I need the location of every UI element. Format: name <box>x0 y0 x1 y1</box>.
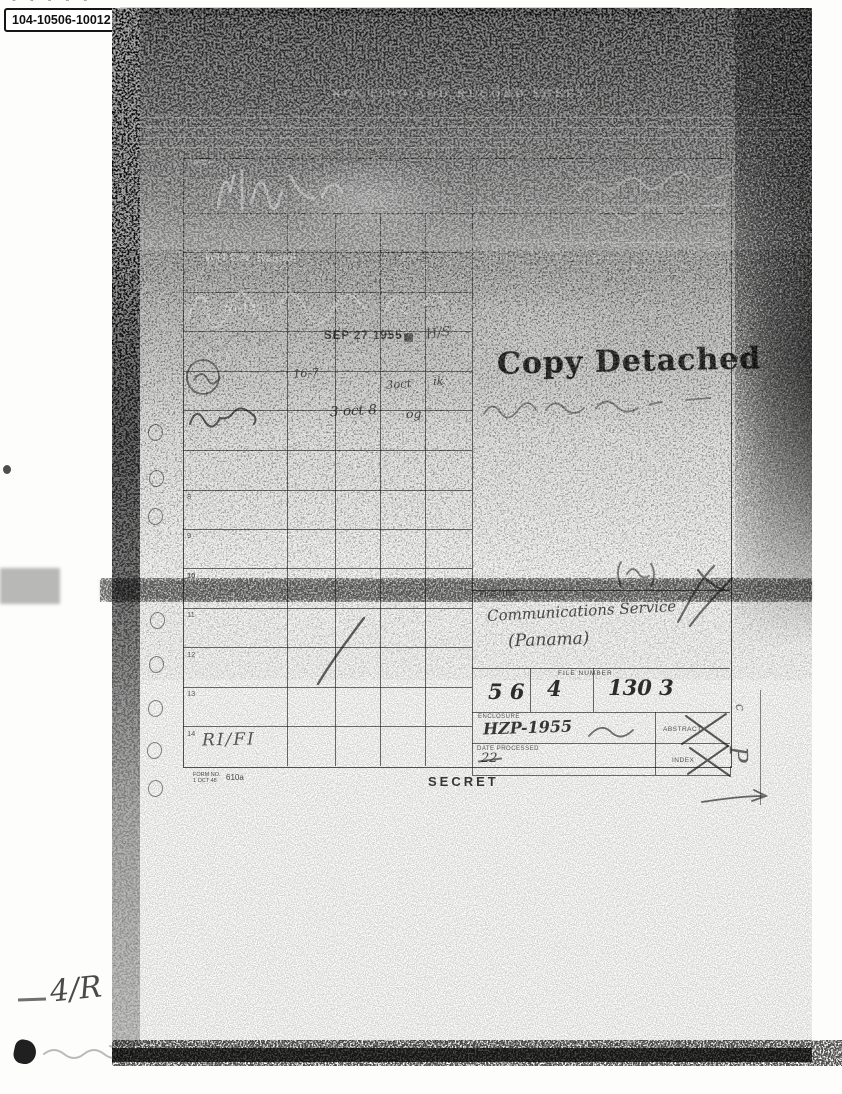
row3-note: 16-13 <box>222 300 257 316</box>
scan-binding-band <box>112 8 140 1046</box>
row6-signature-scrawl <box>186 398 258 432</box>
enclosure-value: HZP-1955 <box>483 716 573 738</box>
row5-date: 3oct <box>386 376 412 392</box>
row-number: 10 <box>187 571 195 580</box>
row-number: 14 <box>187 729 195 738</box>
row2-to-entry: WH C4F Ranum <box>204 250 297 265</box>
row5-note: 16-7 <box>293 365 320 380</box>
punch-ring <box>149 611 166 630</box>
file-number-label: FILE NUMBER <box>558 670 613 677</box>
record-id: 104-10506-10012 <box>12 13 111 27</box>
from-handwriting-scrawl <box>212 163 362 213</box>
enclosure-flourish <box>585 718 637 744</box>
margin-arrow <box>698 788 778 808</box>
margin-letter-small: c <box>732 703 748 713</box>
stamp-smudge <box>404 333 413 342</box>
row-number: 11 <box>187 610 195 619</box>
row5-initials: ik <box>433 374 444 388</box>
punch-ring <box>148 655 165 674</box>
margin-letter: P <box>724 746 754 764</box>
row-number: 8 <box>187 492 191 501</box>
row-number: 13 <box>187 689 195 698</box>
row6-initials: og <box>406 406 422 421</box>
form-no-value: 610a <box>226 773 244 782</box>
margin-dot <box>3 465 11 474</box>
row4-scrawl <box>188 324 298 354</box>
row14-to-entry: RI/FI <box>202 730 256 751</box>
form-no-label: FORM NO. 1 OCT 48 <box>193 772 223 784</box>
copy-detached-note-scrawl <box>480 392 720 424</box>
row-number: 12 <box>187 650 195 659</box>
form-title: ROUTING AND RECORD SHEET <box>280 86 640 101</box>
row2-underline <box>204 268 442 269</box>
margin-dash <box>18 998 46 1001</box>
copy-detached-stamp: Copy Detached <box>497 341 762 382</box>
scan-bottom-band <box>112 1048 812 1062</box>
scan-streak <box>100 580 812 600</box>
row6-date: 3 oct 8 <box>330 402 378 420</box>
file-title-line2: (Panama) <box>508 629 590 652</box>
diagonal-pen-stroke <box>312 612 372 690</box>
file-number-part2: 4 <box>547 676 562 701</box>
scan-top-edge <box>120 8 680 16</box>
row5-circled-scrawl <box>184 356 228 398</box>
row4-date-stamp: SEP 27 1955 <box>324 330 403 342</box>
from-label: FROM: <box>190 160 213 167</box>
punch-ring <box>146 741 163 760</box>
scan-right-band <box>735 8 812 648</box>
form-no-line2: 1 OCT 48 <box>193 778 217 784</box>
file-number-part3: 130 3 <box>608 675 674 700</box>
scan-streak-left-blob <box>0 568 60 604</box>
bottom-left-note: 4/R <box>48 969 103 1009</box>
punch-dots-icon: o o o o o <box>12 0 93 3</box>
top-right-scrawl <box>575 168 745 200</box>
file-number-part1: 5 6 <box>488 679 525 704</box>
classification-secret: SECRET <box>428 774 499 789</box>
record-id-box: 104-10506-10012 <box>4 8 119 32</box>
punch-ring <box>147 779 164 798</box>
scanned-document-page: o o o o o 104-10506-10012 ▸ ROUTING AND … <box>0 0 842 1094</box>
punch-ring <box>147 699 164 718</box>
row-number: 9 <box>187 531 191 540</box>
top-right-scrawl-2 <box>588 198 738 228</box>
ink-blob <box>12 1038 39 1066</box>
